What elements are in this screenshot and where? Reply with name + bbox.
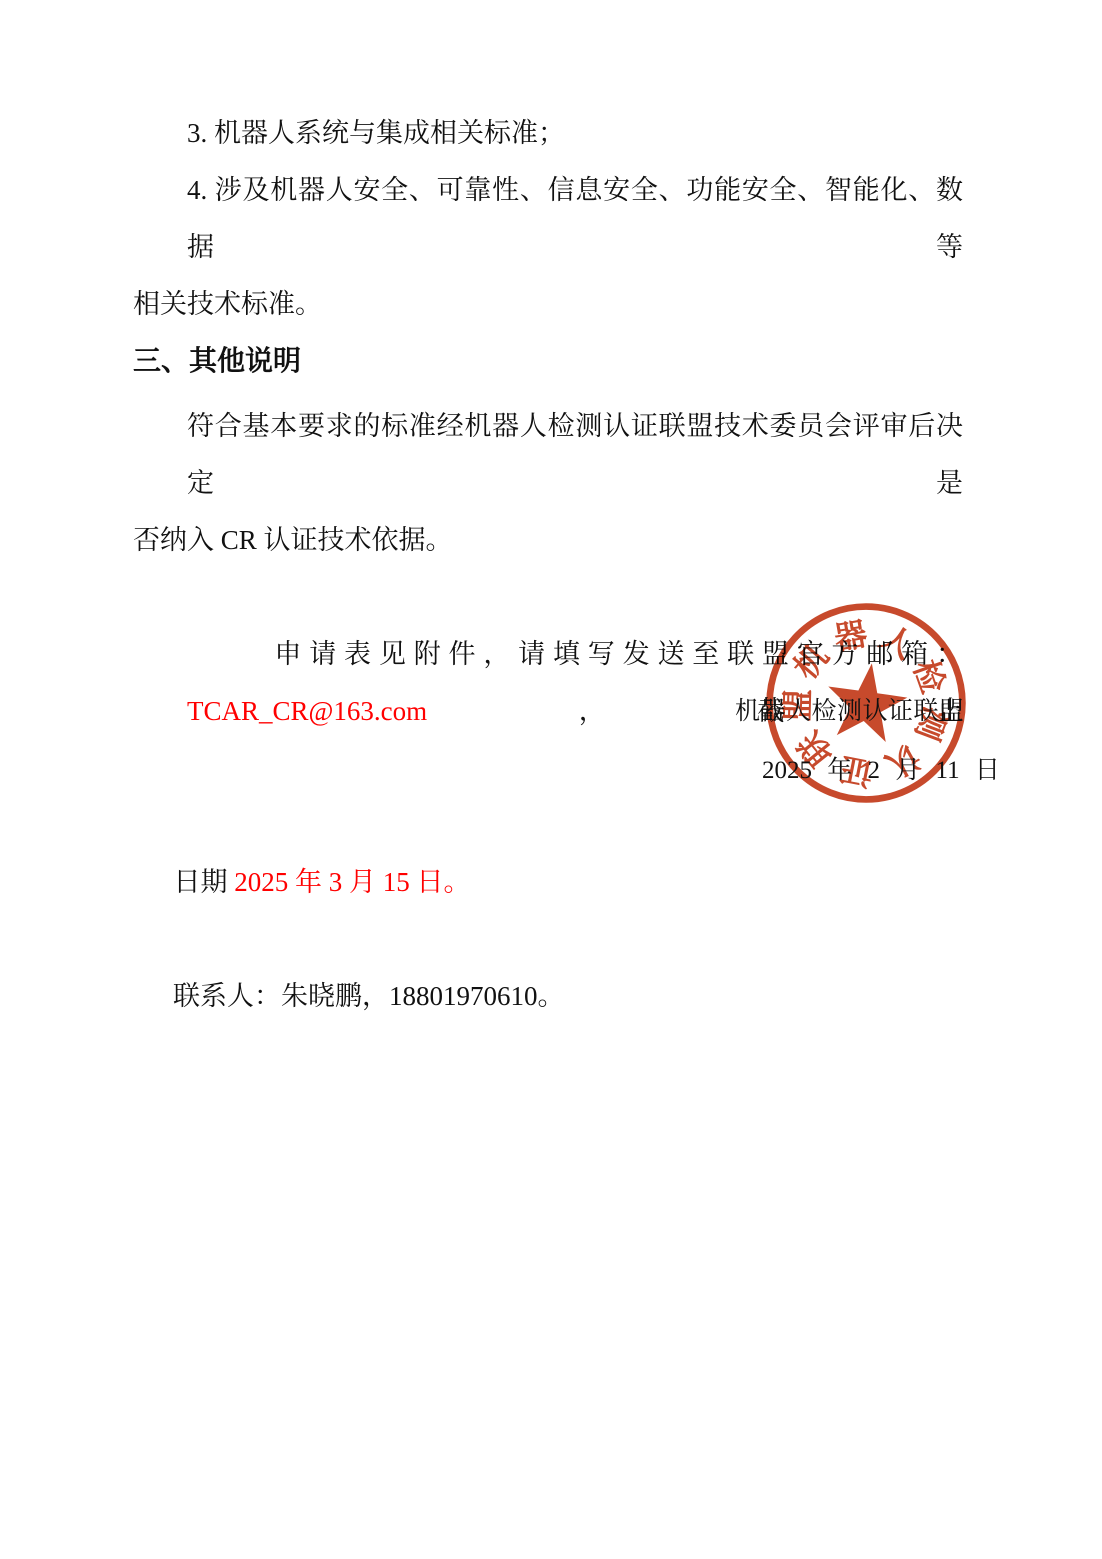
paragraph-2-line2: 日期 2025 年 3 月 15 日。 xyxy=(133,797,963,968)
paragraph-1-line2: 否纳入 CR 认证技术依据。 xyxy=(133,512,963,569)
contact-line: 联系人：朱晓鹏，18801970610。 xyxy=(133,968,963,1025)
section-heading: 三、其他说明 xyxy=(133,333,963,390)
email-address: TCAR_CR@163.com xyxy=(187,696,427,726)
list-item-3: 3. 机器人系统与集成相关标准； xyxy=(133,105,963,162)
deadline-label: 日期 xyxy=(174,867,235,897)
paragraph-1-line1: 符合基本要求的标准经机器人检测认证联盟技术委员会评审后决定是 xyxy=(133,398,963,512)
document-page: 3. 机器人系统与集成相关标准； 4. 涉及机器人安全、可靠性、信息安全、功能安… xyxy=(0,0,1102,1559)
signature-org: 机器人检测认证联盟 xyxy=(735,696,965,728)
signature-date: 2025 年 2 月 11 日 xyxy=(762,755,1000,787)
document-body: 3. 机器人系统与集成相关标准； 4. 涉及机器人安全、可靠性、信息安全、功能安… xyxy=(133,105,963,1025)
deadline-date: 2025 年 3 月 15 日。 xyxy=(234,867,470,897)
list-item-4-line2: 相关技术标准。 xyxy=(133,276,963,333)
list-item-4-line1: 4. 涉及机器人安全、可靠性、信息安全、功能安全、智能化、数据等 xyxy=(133,162,963,276)
